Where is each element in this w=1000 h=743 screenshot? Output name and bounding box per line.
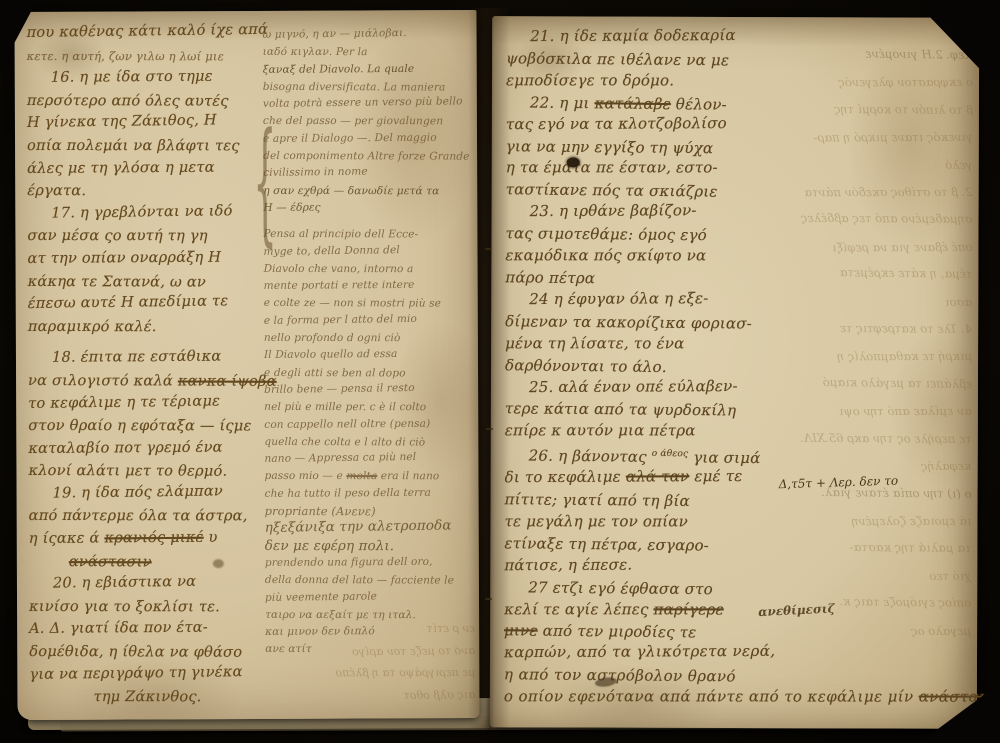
manuscript-line: μένα τη λίσατε, το ένα <box>505 333 805 355</box>
text-fragment: εμέ τε <box>689 467 742 485</box>
struck-text: κανκα ίψοβα <box>178 372 277 389</box>
manuscript-line: 27 ετζι εγό έφθασα στο <box>504 577 804 602</box>
manuscript-line: από πάντερμε όλα τα άστρα, <box>29 505 279 528</box>
manuscript-line: στον θραίο η εφόταξα — ίςμε <box>28 415 278 438</box>
manuscript-line: 21. η ίδε καμία δοδεκαρία <box>506 25 806 48</box>
manuscript-line: τας εγό να τα κλοτζοβολίσο <box>506 112 806 135</box>
manuscript-line: mente portati e rette intere <box>264 277 476 296</box>
manuscript-line: brillo bene — pensa il resto <box>264 379 476 399</box>
struck-text: μινε <box>504 622 538 640</box>
manuscript-line: η σαν εχθρά — δανωδίε μετά τα <box>263 183 475 201</box>
manuscript-line: δι το κεφάλιμε αλά ταν εμέ τε <box>505 466 805 489</box>
manuscript-line: ιαδό κιγλαν. Per la <box>263 44 475 62</box>
manuscript-line: κετε. η αυτή, ζων γιλω η λωί μιε <box>27 45 277 68</box>
struck-text: ανάστακε <box>919 688 998 706</box>
manuscript-line: για να περιγράψο τη γινέκα <box>29 660 279 686</box>
manuscript-line: παραμικρό καλέ. <box>28 316 278 339</box>
manuscript-line: 19. η ίδα πός ελάμπαν <box>28 480 278 506</box>
manuscript-line: οπία πολεμάι να βλάφτι τες <box>27 135 277 158</box>
manuscript-line: η ίςακε ά κρανιός μικέ υ <box>29 526 279 550</box>
text-fragment: 22. η μι <box>530 93 595 112</box>
manuscript-line: ανε ατίτ <box>265 641 477 659</box>
struck-text: κατάλαβε <box>594 94 671 113</box>
binding-stitch <box>485 248 492 250</box>
manuscript-line: 18. έπιτα πε εστάθικα <box>28 346 278 370</box>
struck-text: κρανιός μικέ <box>104 529 203 547</box>
manuscript-line: τημ Ζάκινθος. <box>29 686 279 709</box>
manuscript-line: con cappello nell oltre (pensa) <box>264 415 476 434</box>
manuscript-line: passo mio — e molta era il nano <box>264 468 476 486</box>
text-fragment: να σιλογιστό καλά <box>28 372 178 390</box>
manuscript-line: e la forma per l atto del mio <box>264 310 476 330</box>
manuscript-line: πάτισε, η έπεσε. <box>504 553 804 576</box>
left-margin-notes-column: ω μιγνό, η αν — μιάλοβαι.ιαδό κιγλαν. Pe… <box>263 26 478 659</box>
manuscript-line: che del passo — per giovalungen <box>263 113 475 131</box>
manuscript-line: έπεσω αυτέ Η απεδίμια τε <box>28 290 278 316</box>
manuscript-line: επίρε κ αυτόν μια πέτρα <box>505 421 805 443</box>
manuscript-line: καρπών, από τα γλικότρετα νερά, <box>504 641 804 664</box>
manuscript-line: e apre il Dialogo —. Del maggio <box>263 129 475 148</box>
right-page: Κεφ. 2.Η γινομένεο εκφραστον φλεγενόςβ τ… <box>490 16 979 729</box>
struck-text: παρίγερε <box>654 600 724 618</box>
text-fragment: από τεν μιροδίες τε <box>538 622 697 642</box>
struck-text: ανάστασιν <box>69 553 152 570</box>
manuscript-line: Α. Δ. γιατί ίδα πον έτα- <box>29 617 279 641</box>
manuscript-line: καταλαβίο ποτ γρεμό ένα <box>28 436 278 460</box>
left-main-text-column: που καθένας κάτι καλό ίχε απάκετε. η αυτ… <box>27 21 280 709</box>
manuscript-line: myge to, della Donna del <box>263 241 475 261</box>
manuscript-line: 17. η γρεβλόνται να ιδό <box>27 199 277 225</box>
text-fragment: 26. η βάνοντας <box>529 447 652 466</box>
manuscript-line: più veemente parole <box>265 587 477 607</box>
manuscript-line: που καθένας κάτι καλό ίχε απά <box>26 19 276 45</box>
manuscript-line: nel più e mille per. c è il colto <box>264 399 476 417</box>
manuscript-line: η τα έματα πε έσταν, εστο- <box>506 158 806 180</box>
manuscript-line: Il Diavolo quello ad essa <box>264 346 476 365</box>
manuscript-line: 25. αλά έναν οπέ εύλαβεν- <box>505 375 805 398</box>
manuscript-line: 23. η ιρθάνε βαβίζον- <box>506 200 806 223</box>
text-fragment: δι το κεφάλιμε <box>505 468 626 487</box>
manuscript-line: εκαμόδικα πός σκίφτο να <box>505 245 805 267</box>
text-fragment: ο άθεος <box>652 449 689 459</box>
margin-brace: { <box>253 103 277 260</box>
manuscript-line: che ha tutto il peso della terra <box>265 484 477 503</box>
manuscript-line: εμποδίσεγε το δρόμο. <box>506 70 806 92</box>
binding-stitch <box>486 428 493 430</box>
manuscript-line: volta potrà essere un verso più bello <box>263 93 475 113</box>
struck-text: αλά ταν <box>626 467 690 485</box>
manuscript-line: δίμεναν τα κακορίζικα φοριασ- <box>505 311 805 336</box>
manuscript-line: ατ την οπίαν οναρράξη Η <box>27 246 277 270</box>
manuscript-line: 24 η έφυγαν όλα η εξε- <box>505 288 805 311</box>
manuscript-line: τε μεγάλη με τον οπίαν <box>504 511 804 533</box>
manuscript-line: άλες με τη γλόσα η μετα <box>27 156 277 180</box>
manuscript-line: αις σλβ οθοτ <box>295 684 475 708</box>
text-fragment: κελί τε αγίε λέπες <box>504 600 653 618</box>
manuscript-line: δεν με εφέρη πολι. <box>265 538 477 556</box>
manuscript-line: nano — Appressa ca più nel <box>264 448 476 468</box>
manuscript-line: σαν μέσα ςο αυτή τη γη <box>27 225 277 248</box>
manuscript-line: ο οπίον εφενότανα απά πάντε από το κεφάλ… <box>504 686 804 708</box>
manuscript-line: ξαναξ del Diavolo. La quale <box>263 60 475 79</box>
text-fragment: ο οπίον εφενότανα απά πάντε από το κεφάλ… <box>504 687 919 705</box>
manuscript-line: 16. η με ίδα στο τημε <box>27 65 277 89</box>
text-fragment: υ <box>204 529 218 546</box>
manuscript-line: με περιγράψο τα η βλέπο <box>295 662 475 684</box>
text-fragment: η ίςακε ά <box>29 529 105 547</box>
manuscript-line: 20. η εβιάστικα να <box>29 570 279 596</box>
manuscript-line: το κεφάλιμε η τε τέριαμε <box>28 389 278 415</box>
text-fragment: θέλον- <box>671 95 727 114</box>
manuscript-line: ψοβόσκιλα πε ιθέλανε να με <box>506 48 806 73</box>
manuscript-line: Η γίνεκα της Ζάκιθος, Η <box>27 109 277 135</box>
struck-text: molta <box>346 470 377 482</box>
text-fragment: για σιμά <box>688 448 761 467</box>
dark-ink-annotation: ανεθίμεσιζ <box>758 601 835 619</box>
text-fragment: passo mio — e <box>264 470 346 482</box>
manuscript-line: κινίσο για το ξοκλίσι τε. <box>29 596 279 619</box>
manuscript-line: ω μιγνό, η αν — μιάλοβαι. <box>262 24 474 44</box>
dark-ink-annotation: Δ,τ5τ + Λερ. δεν το <box>778 473 898 491</box>
photograph-of-open-notebook: που καθένας κάτι καλό ίχε απάκετε. η αυτ… <box>0 0 1000 743</box>
left-page: που καθένας κάτι καλό ίχε απάκετε. η αυτ… <box>14 10 479 720</box>
binding-stitch <box>485 598 492 600</box>
manuscript-line: και μινον δεν διπλό <box>265 623 477 642</box>
manuscript-line: prendendo una figura dell oro, <box>265 553 477 572</box>
manuscript-line: Η — έδρες <box>263 198 475 217</box>
manuscript-line: ηξεξάνιξα την αλετροποδα <box>265 517 477 537</box>
manuscript-line: civilissimo in nome <box>263 163 475 183</box>
text-fragment: era il nano <box>377 471 439 483</box>
